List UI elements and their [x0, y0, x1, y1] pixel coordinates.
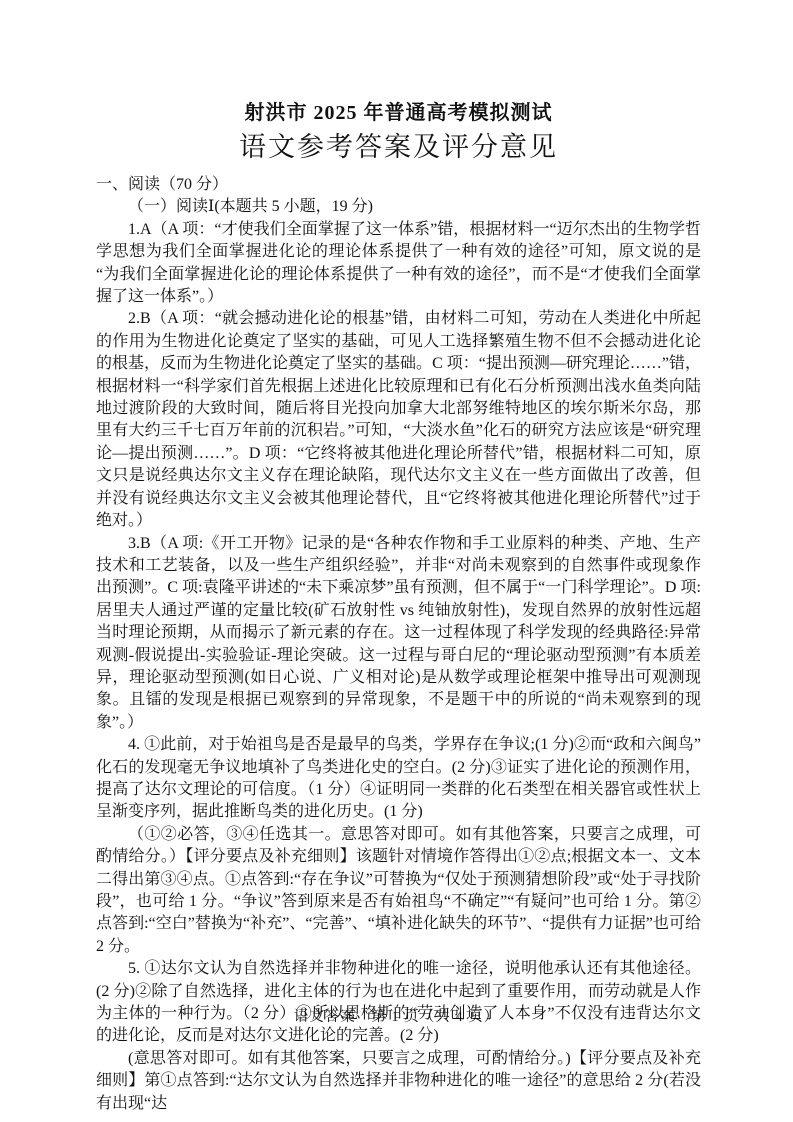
answer-paragraph-q3: 3.B（A 项:《开工开物》记录的是“各种农作物和手工业原料的种类、产地、生产技…: [96, 533, 701, 735]
document-page: 射洪市 2025 年普通高考模拟测试 语文参考答案及评分意见 一、阅读（70 分…: [0, 0, 793, 1122]
page-footer-page-number: 语文答案 第 1 页（共 4 页）: [0, 1005, 793, 1026]
section-heading-reading: 一、阅读（70 分）: [96, 174, 701, 196]
answers-body: 一、阅读（70 分） （一）阅读Ⅰ(本题共 5 小题，19 分) 1.A（A 项…: [96, 174, 701, 1115]
answer-paragraph-q1: 1.A（A 项：“才使我们全面掌握了这一体系”错，根据材料一“迈尔杰出的生物学哲…: [96, 219, 701, 309]
answer-paragraph-q4-scoring-notes: （①②必答，③④任选其一。意思答对即可。如有其他答案，只要言之成理，可酌情给分。…: [96, 824, 701, 958]
answer-paragraph-q5-scoring-notes: (意思答对即可。如有其他答案，只要言之成理，可酌情给分。)【评分要点及补充细则】…: [96, 1048, 701, 1115]
subsection-heading-reading-1: （一）阅读Ⅰ(本题共 5 小题，19 分): [96, 196, 701, 218]
doc-title-line1: 射洪市 2025 年普通高考模拟测试: [96, 100, 701, 126]
doc-title-line2: 语文参考答案及评分意见: [96, 130, 701, 164]
answer-paragraph-q4: 4. ①此前，对于始祖鸟是否是最早的鸟类，学界存在争议;(1 分)②而“政和六闽…: [96, 734, 701, 824]
answer-paragraph-q2: 2.B（A 项：“就会撼动进化论的根基”错，由材料二可知，劳动在人类进化中所起的…: [96, 308, 701, 532]
answer-paragraph-q5: 5. ①达尔文认为自然选择并非物种进化的唯一途径，说明他承认还有其他途径。(2 …: [96, 958, 701, 1048]
